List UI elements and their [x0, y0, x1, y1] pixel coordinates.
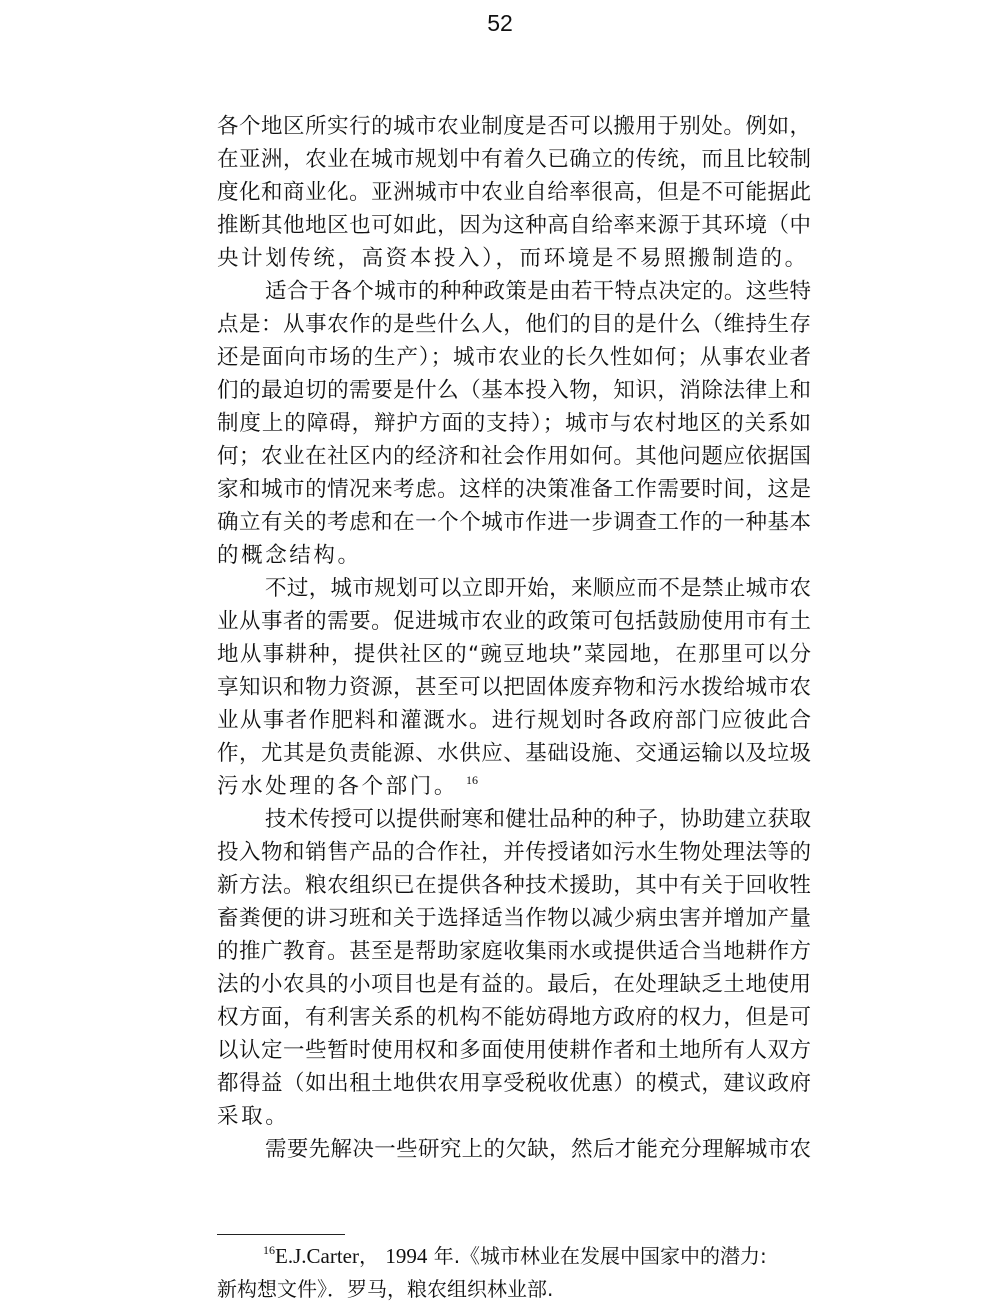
paragraph-4: 技术传授可以提供耐寒和健壮品种的种子，协助建立获取 投入物和销售产品的合作社，并… [217, 803, 811, 1133]
footnote-divider [217, 1234, 345, 1235]
paragraph-2: 适合于各个城市的种种政策是由若干特点决定的。这些特 点是：从事农作的是些什么人，… [217, 275, 811, 572]
text-line: 央计划传统，高资本投入），而环境是不易照搬制造的。 [217, 242, 811, 275]
footnote-reference[interactable]: 16 [466, 773, 478, 787]
page-number: 52 [0, 8, 1000, 38]
footnote-author: E.J.Carter [275, 1244, 359, 1268]
text-line: 法的小农具的小项目也是有益的。最后，在处理缺乏土地使用 [217, 968, 811, 1001]
paragraph-1: 各个地区所实行的城市农业制度是否可以搬用于别处。例如， 在亚洲，农业在城市规划中… [217, 110, 811, 275]
text-line: 新方法。粮农组织已在提供各种技术援助，其中有关于回收牲 [217, 869, 811, 902]
footnote-separator: ， [359, 1244, 379, 1268]
text-line: 在亚洲，农业在城市规划中有着久已确立的传统，而且比较制 [217, 143, 811, 176]
text-line: 技术传授可以提供耐寒和健壮品种的种子，协助建立获取 [217, 803, 811, 836]
text-line: 以认定一些暂时使用权和多面使用使耕作者和土地所有人双方 [217, 1034, 811, 1067]
text-line: 还是面向市场的生产）；城市农业的长久性如何；从事农业者 [217, 341, 811, 374]
text-line: 们的最迫切的需要是什么（基本投入物，知识，消除法律上和 [217, 374, 811, 407]
text-line: 地从事耕种，提供社区的“豌豆地块”菜园地，在那里可以分 [217, 638, 811, 671]
footnote: 16E.J.Carter， 1994 年.《城市林业在发展中国家中的潜力: 新构… [217, 1240, 811, 1306]
text-line: 何；农业在社区内的经济和社会作用如何。其他问题应依据国 [217, 440, 811, 473]
paragraph-3: 不过，城市规划可以立即开始，来顺应而不是禁止城市农 业从事者的需要。促进城市农业… [217, 572, 811, 803]
footnote-line: 16E.J.Carter， 1994 年.《城市林业在发展中国家中的潜力: [217, 1240, 811, 1273]
text-line: 不过，城市规划可以立即开始，来顺应而不是禁止城市农 [217, 572, 811, 605]
text-line: 制度上的障碍，辩护方面的支持）；城市与农村地区的关系如 [217, 407, 811, 440]
text-line: 权方面，有利害关系的机构不能妨碍地方政府的权力，但是可 [217, 1001, 811, 1034]
text-line: 业从事者作肥料和灌溉水。进行规划时各政府部门应彼此合 [217, 704, 811, 737]
text-line: 确立有关的考虑和在一个个城市作进一步调查工作的一种基本 [217, 506, 811, 539]
text-line: 家和城市的情况来考虑。这样的决策准备工作需要时间，这是 [217, 473, 811, 506]
text-line: 点是：从事农作的是些什么人，他们的目的是什么（维持生存 [217, 308, 811, 341]
text-line: 度化和商业化。亚洲城市中农业自给率很高，但是不可能据此 [217, 176, 811, 209]
text-line: 畜粪便的讲习班和关于选择适当作物以减少病虫害并增加产量 [217, 902, 811, 935]
text-line: 业从事者的需要。促进城市农业的政策可包括鼓励使用市有土 [217, 605, 811, 638]
text-line: 的概念结构。 [217, 539, 811, 572]
text-line: 推断其他地区也可如此，因为这种高自给率来源于其环境（中 [217, 209, 811, 242]
body-text: 各个地区所实行的城市农业制度是否可以搬用于别处。例如， 在亚洲，农业在城市规划中… [217, 110, 811, 1166]
text-line: 享知识和物力资源，甚至可以把固体废弃物和污水拨给城市农 [217, 671, 811, 704]
footnote-title: 年.《城市林业在发展中国家中的潜力: [434, 1244, 767, 1268]
text-line: 的推广教育。甚至是帮助家庭收集雨水或提供适合当地耕作方 [217, 935, 811, 968]
text-line: 采取。 [217, 1100, 811, 1133]
footnote-year: 1994 [385, 1244, 427, 1268]
footnote-number: 16 [263, 1243, 275, 1257]
text-line-with-footnote: 污水处理的各个部门。16 [217, 770, 811, 803]
text-line: 各个地区所实行的城市农业制度是否可以搬用于别处。例如， [217, 110, 811, 143]
text-line: 适合于各个城市的种种政策是由若干特点决定的。这些特 [217, 275, 811, 308]
paragraph-5: 需要先解决一些研究上的欠缺，然后才能充分理解城市农 [217, 1133, 811, 1166]
text-line: 污水处理的各个部门。 [217, 774, 458, 799]
text-line: 都得益（如出租土地供农用享受税收优惠）的模式，建议政府 [217, 1067, 811, 1100]
text-line: 投入物和销售产品的合作社，并传授诸如污水生物处理法等的 [217, 836, 811, 869]
text-line: 作，尤其是负责能源、水供应、基础设施、交通运输以及垃圾 [217, 737, 811, 770]
text-line: 需要先解决一些研究上的欠缺，然后才能充分理解城市农 [217, 1133, 811, 1166]
footnote-line: 新构想文件》．罗马，粮农组织林业部. [217, 1273, 811, 1306]
